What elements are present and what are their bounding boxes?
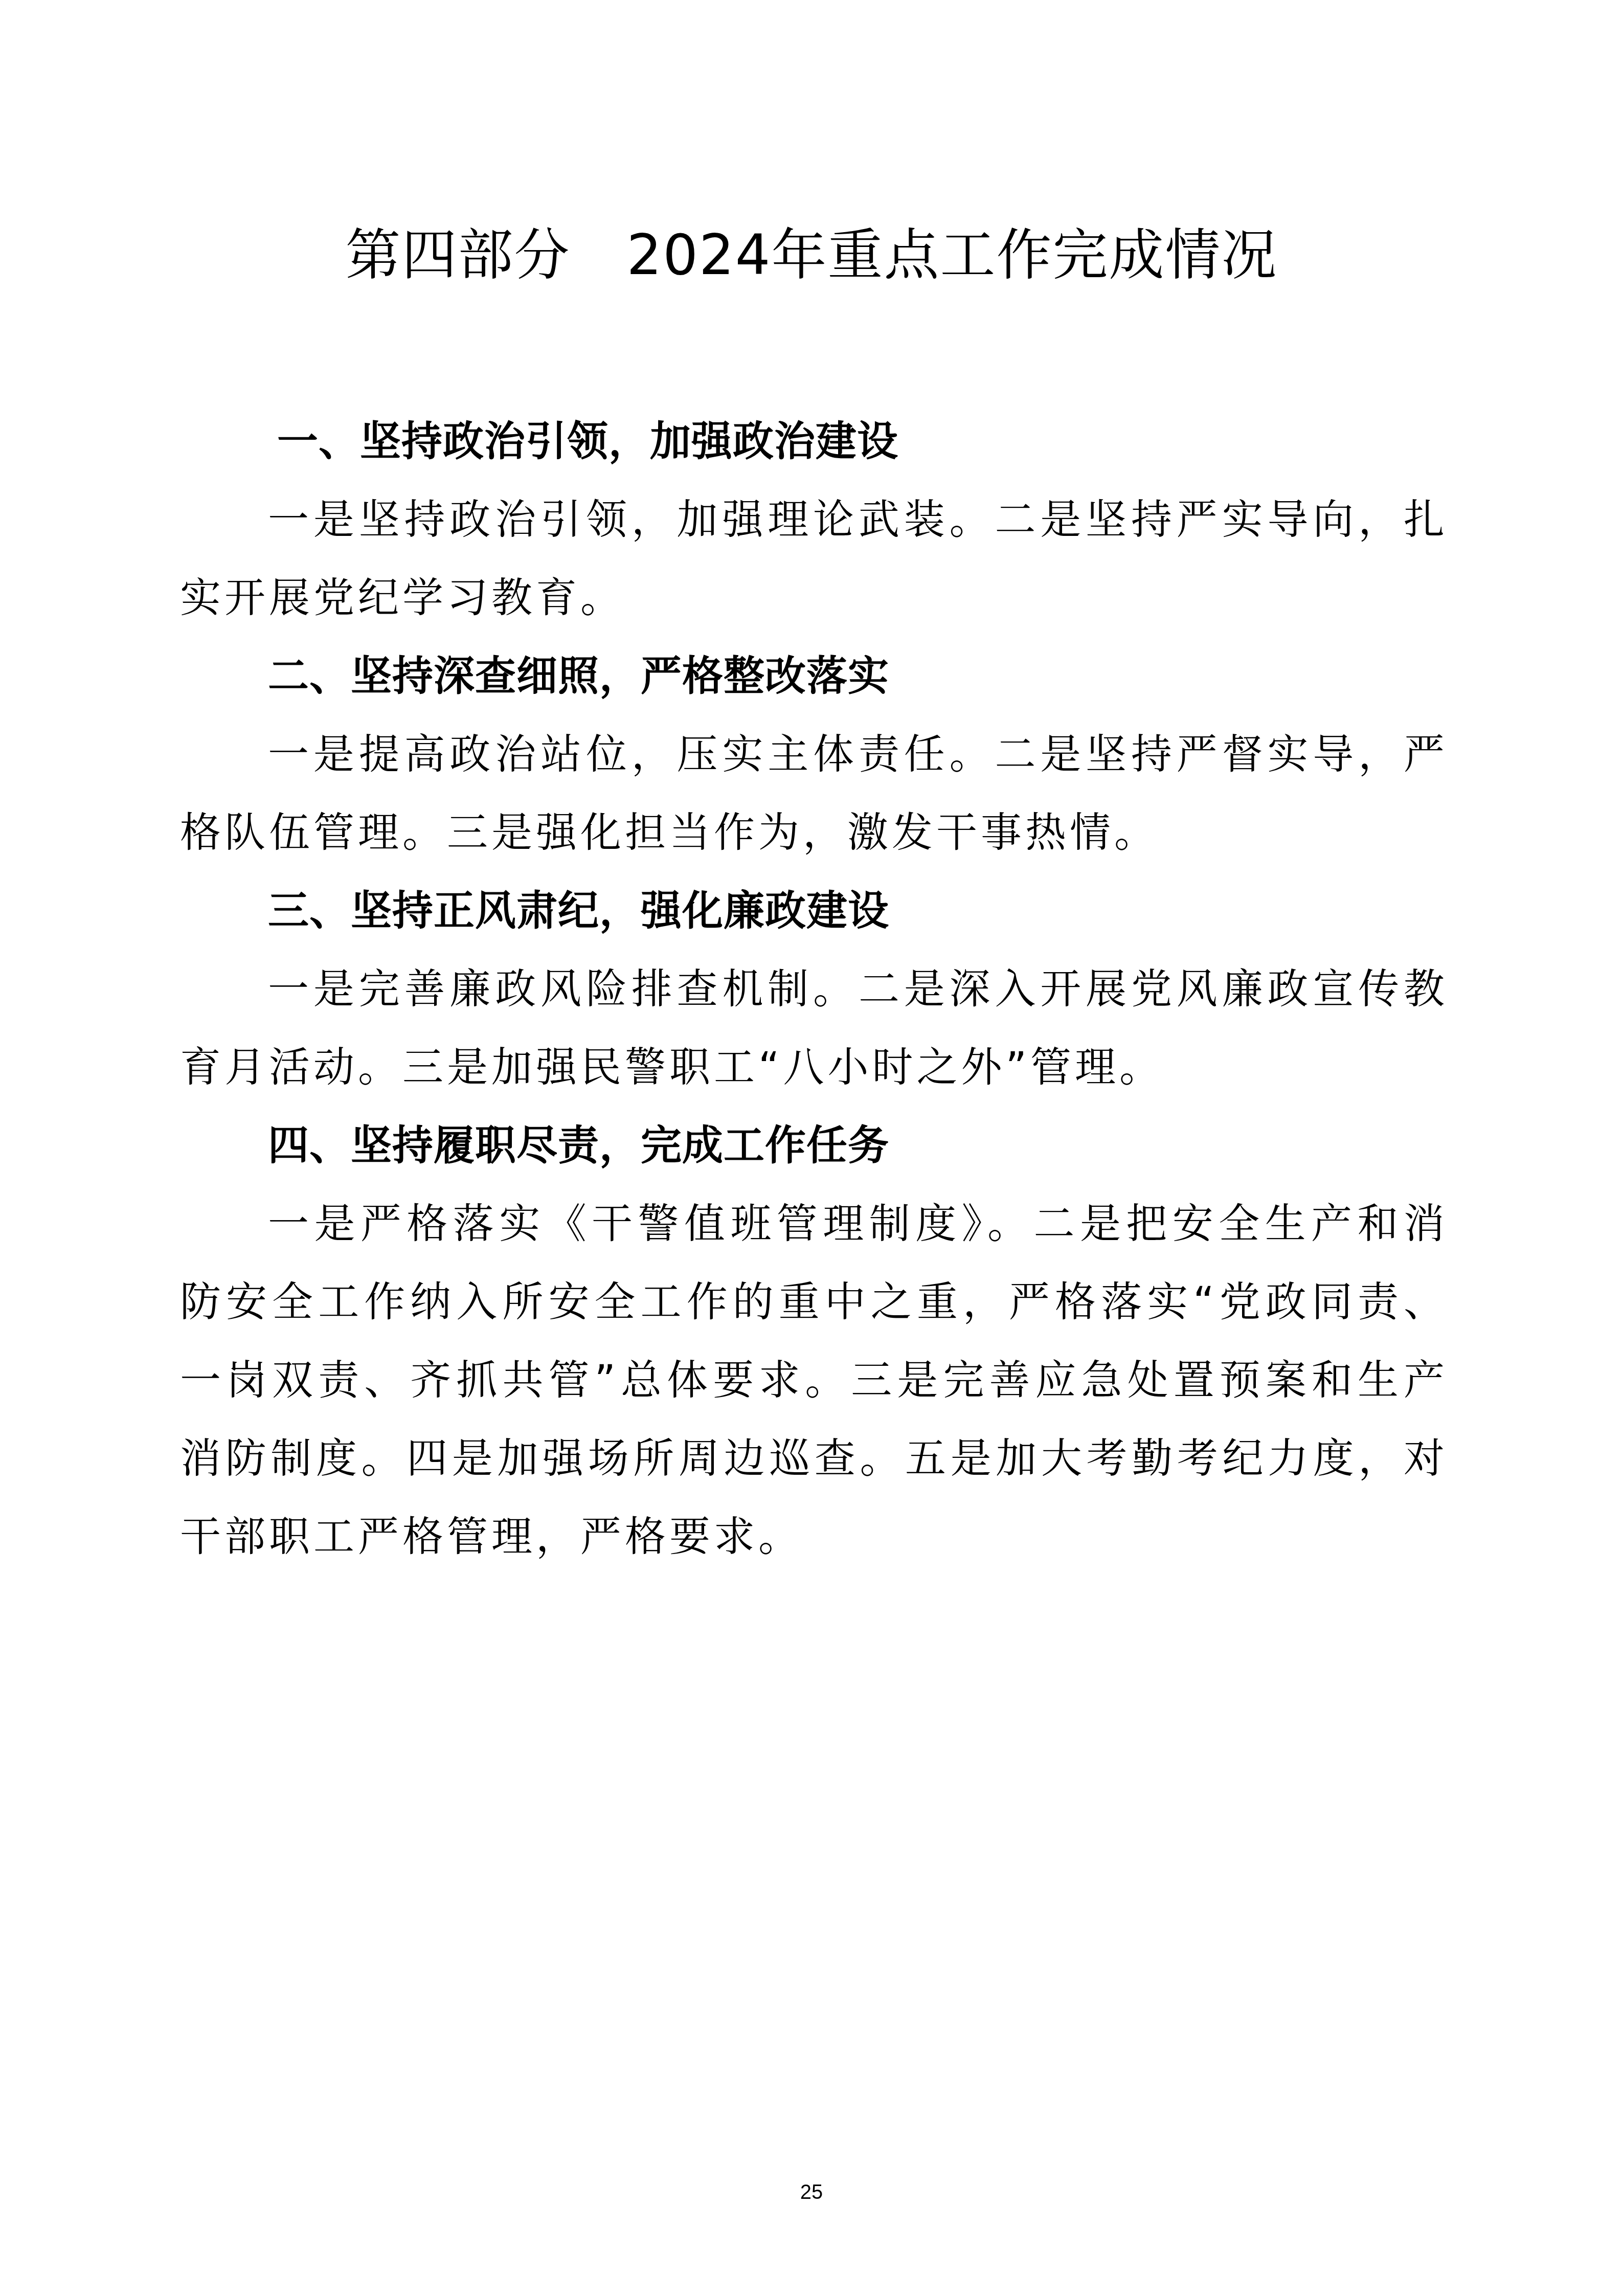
section-heading: 一、坚持政治引领，加强政治建设: [180, 402, 1448, 480]
section-paragraph: 一是严格落实《干警值班管理制度》。二是把安全生产和消防安全工作纳入所安全工作的重…: [180, 1184, 1448, 1575]
page-number: 25: [0, 2179, 1623, 2205]
section-1: 一、坚持政治引领，加强政治建设 一是坚持政治引领，加强理论武装。二是坚持严实导向…: [180, 402, 1448, 637]
section-3: 三、坚持正风肃纪，强化廉政建设 一是完善廉政风险排查机制。二是深入开展党风廉政宣…: [180, 871, 1448, 1106]
section-heading: 三、坚持正风肃纪，强化廉政建设: [180, 871, 1448, 950]
document-body: 一、坚持政治引领，加强政治建设 一是坚持政治引领，加强理论武装。二是坚持严实导向…: [180, 402, 1448, 1575]
section-heading: 四、坚持履职尽责，完成工作任务: [180, 1106, 1448, 1184]
page-title: 第四部分 2024年重点工作完成情况: [0, 220, 1623, 291]
document-page: 第四部分 2024年重点工作完成情况 一、坚持政治引领，加强政治建设 一是坚持政…: [0, 0, 1623, 2296]
section-paragraph: 一是坚持政治引领，加强理论武装。二是坚持严实导向，扎实开展党纪学习教育。: [180, 480, 1448, 637]
section-paragraph: 一是提高政治站位，压实主体责任。二是坚持严督实导，严格队伍管理。三是强化担当作为…: [180, 715, 1448, 871]
section-heading: 二、坚持深查细照，严格整改落实: [180, 637, 1448, 715]
section-4: 四、坚持履职尽责，完成工作任务 一是严格落实《干警值班管理制度》。二是把安全生产…: [180, 1106, 1448, 1575]
section-paragraph: 一是完善廉政风险排查机制。二是深入开展党风廉政宣传教育月活动。三是加强民警职工“…: [180, 950, 1448, 1106]
section-2: 二、坚持深查细照，严格整改落实 一是提高政治站位，压实主体责任。二是坚持严督实导…: [180, 637, 1448, 871]
